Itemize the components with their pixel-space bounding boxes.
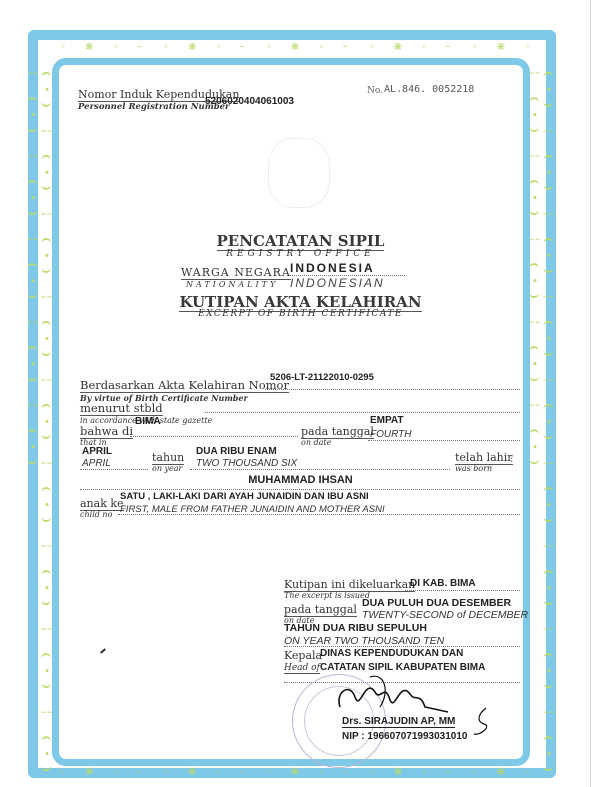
year-value-en: TWO THOUSAND SIX [196, 458, 297, 469]
year-label-en: on year [152, 464, 182, 474]
nik-value: 5206020404061003 [205, 96, 294, 107]
cert-no-label: Berdasarkan Akta Kelahiran Nomor [80, 379, 289, 393]
nationality-value-en: INDONESIAN [290, 276, 385, 290]
year-dotted-line [190, 469, 450, 470]
issue-date-value-en: TWENTY-SECOND of DECEMBER [362, 609, 528, 621]
head-value-1: DINAS KEPENDUDUKAN DAN [320, 648, 463, 659]
born-label-en: was born [455, 464, 492, 474]
child-dotted-line [118, 514, 520, 515]
issue-year-dotted-line [284, 646, 520, 647]
emblem-watermark [268, 138, 330, 208]
date-value: EMPAT [370, 415, 404, 426]
stbld-dotted-line [205, 412, 520, 413]
official-nip: NIP : 196607071993031010 [342, 731, 467, 742]
child-label: anak ke [80, 497, 124, 511]
month-value-en: APRIL [82, 458, 111, 469]
born-label: telah lahir [455, 451, 513, 465]
year-label: tahun [152, 451, 184, 465]
colon: : [510, 454, 513, 465]
office-title-en: REGISTRY OFFICE [0, 249, 601, 259]
ornament-top: ◦ ❋ ◦ ╴ ◦ ❋ ◦ ╴ ◦ ❋ ◦ ╴ ◦ ❋ ◦ ╴ ◦ ❋ ◦ ╴ … [60, 41, 530, 55]
nationality-label-en: NATIONALITY [186, 280, 278, 289]
issued-value: DI KAB. BIMA [410, 578, 476, 589]
issued-dotted-line [405, 590, 520, 591]
place-label: bahwa di [80, 425, 133, 439]
official-name: Drs. SIRAJUDIN AP, MM [342, 716, 455, 728]
issue-year-value: TAHUN DUA RIBU SEPULUH [284, 622, 427, 634]
office-title: PENCATATAN SIPIL [0, 232, 601, 250]
child-name: MUHAMMAD IHSAN [0, 474, 601, 486]
signature [330, 672, 450, 722]
issue-date-value: DUA PULUH DUA DESEMBER [362, 597, 511, 609]
place-value: BIMA [135, 416, 161, 427]
child-value: SATU , LAKI-LAKI DARI AYAH JUNAIDIN DAN … [120, 491, 369, 502]
month-dotted-line [80, 469, 148, 470]
cert-no-value: 5206-LT-21122010-0295 [270, 372, 374, 383]
date-label: pada tanggal [301, 425, 374, 439]
ornament-bottom: ◦ ❋ ◦ ╴ ◦ ❋ ◦ ╴ ◦ ❋ ◦ ╴ ◦ ❋ ◦ ╴ ◦ ❋ ◦ ╴ … [60, 766, 530, 780]
head-label: Kepala [284, 649, 322, 662]
initial-mark [470, 706, 494, 740]
issued-label: Kutipan ini dikeluarkan [284, 578, 415, 592]
page-edge [590, 0, 591, 787]
serial-prefix: No. [367, 86, 383, 96]
issued-label-en: The excerpt is issued [284, 591, 370, 601]
serial-number: AL.846. 0052218 [384, 84, 474, 95]
ornament-right: ❨•❩ ╎ ❨•❩ ╎ ❨•❩ ╎ ❨•❩ ╎ ❨•❩ ╎ ❨•❩ ╎ ❨•❩ … [540, 70, 554, 787]
nationality-label: WARGA NEGARA [181, 266, 291, 280]
cert-no-dotted-line [265, 389, 520, 390]
stbld-label: menurut stbld [80, 402, 163, 416]
nationality-dotted-line [290, 275, 405, 276]
year-value: DUA RIBU ENAM [196, 446, 277, 457]
nationality-value: INDONESIA [290, 261, 375, 275]
issue-date-label: pada tanggal [284, 603, 357, 617]
name-dotted-line [80, 489, 520, 490]
document-title-en: EXCERPT OF BIRTH CERTIFICATE [0, 309, 601, 319]
month-value: APRIL [82, 446, 112, 457]
head-label-en: Head of [284, 663, 320, 674]
date-dotted-line [368, 440, 520, 441]
child-label-en: child no [80, 510, 112, 520]
ornament-left: ❨•❩ ╎ ❨•❩ ╎ ❨•❩ ╎ ❨•❩ ╎ ❨•❩ ╎ ❨•❩ ╎ ❨•❩ … [38, 70, 52, 787]
date-label-en: on date [301, 438, 331, 448]
date-value-en: FOURTH [370, 429, 411, 440]
place-dotted-line [130, 436, 298, 437]
